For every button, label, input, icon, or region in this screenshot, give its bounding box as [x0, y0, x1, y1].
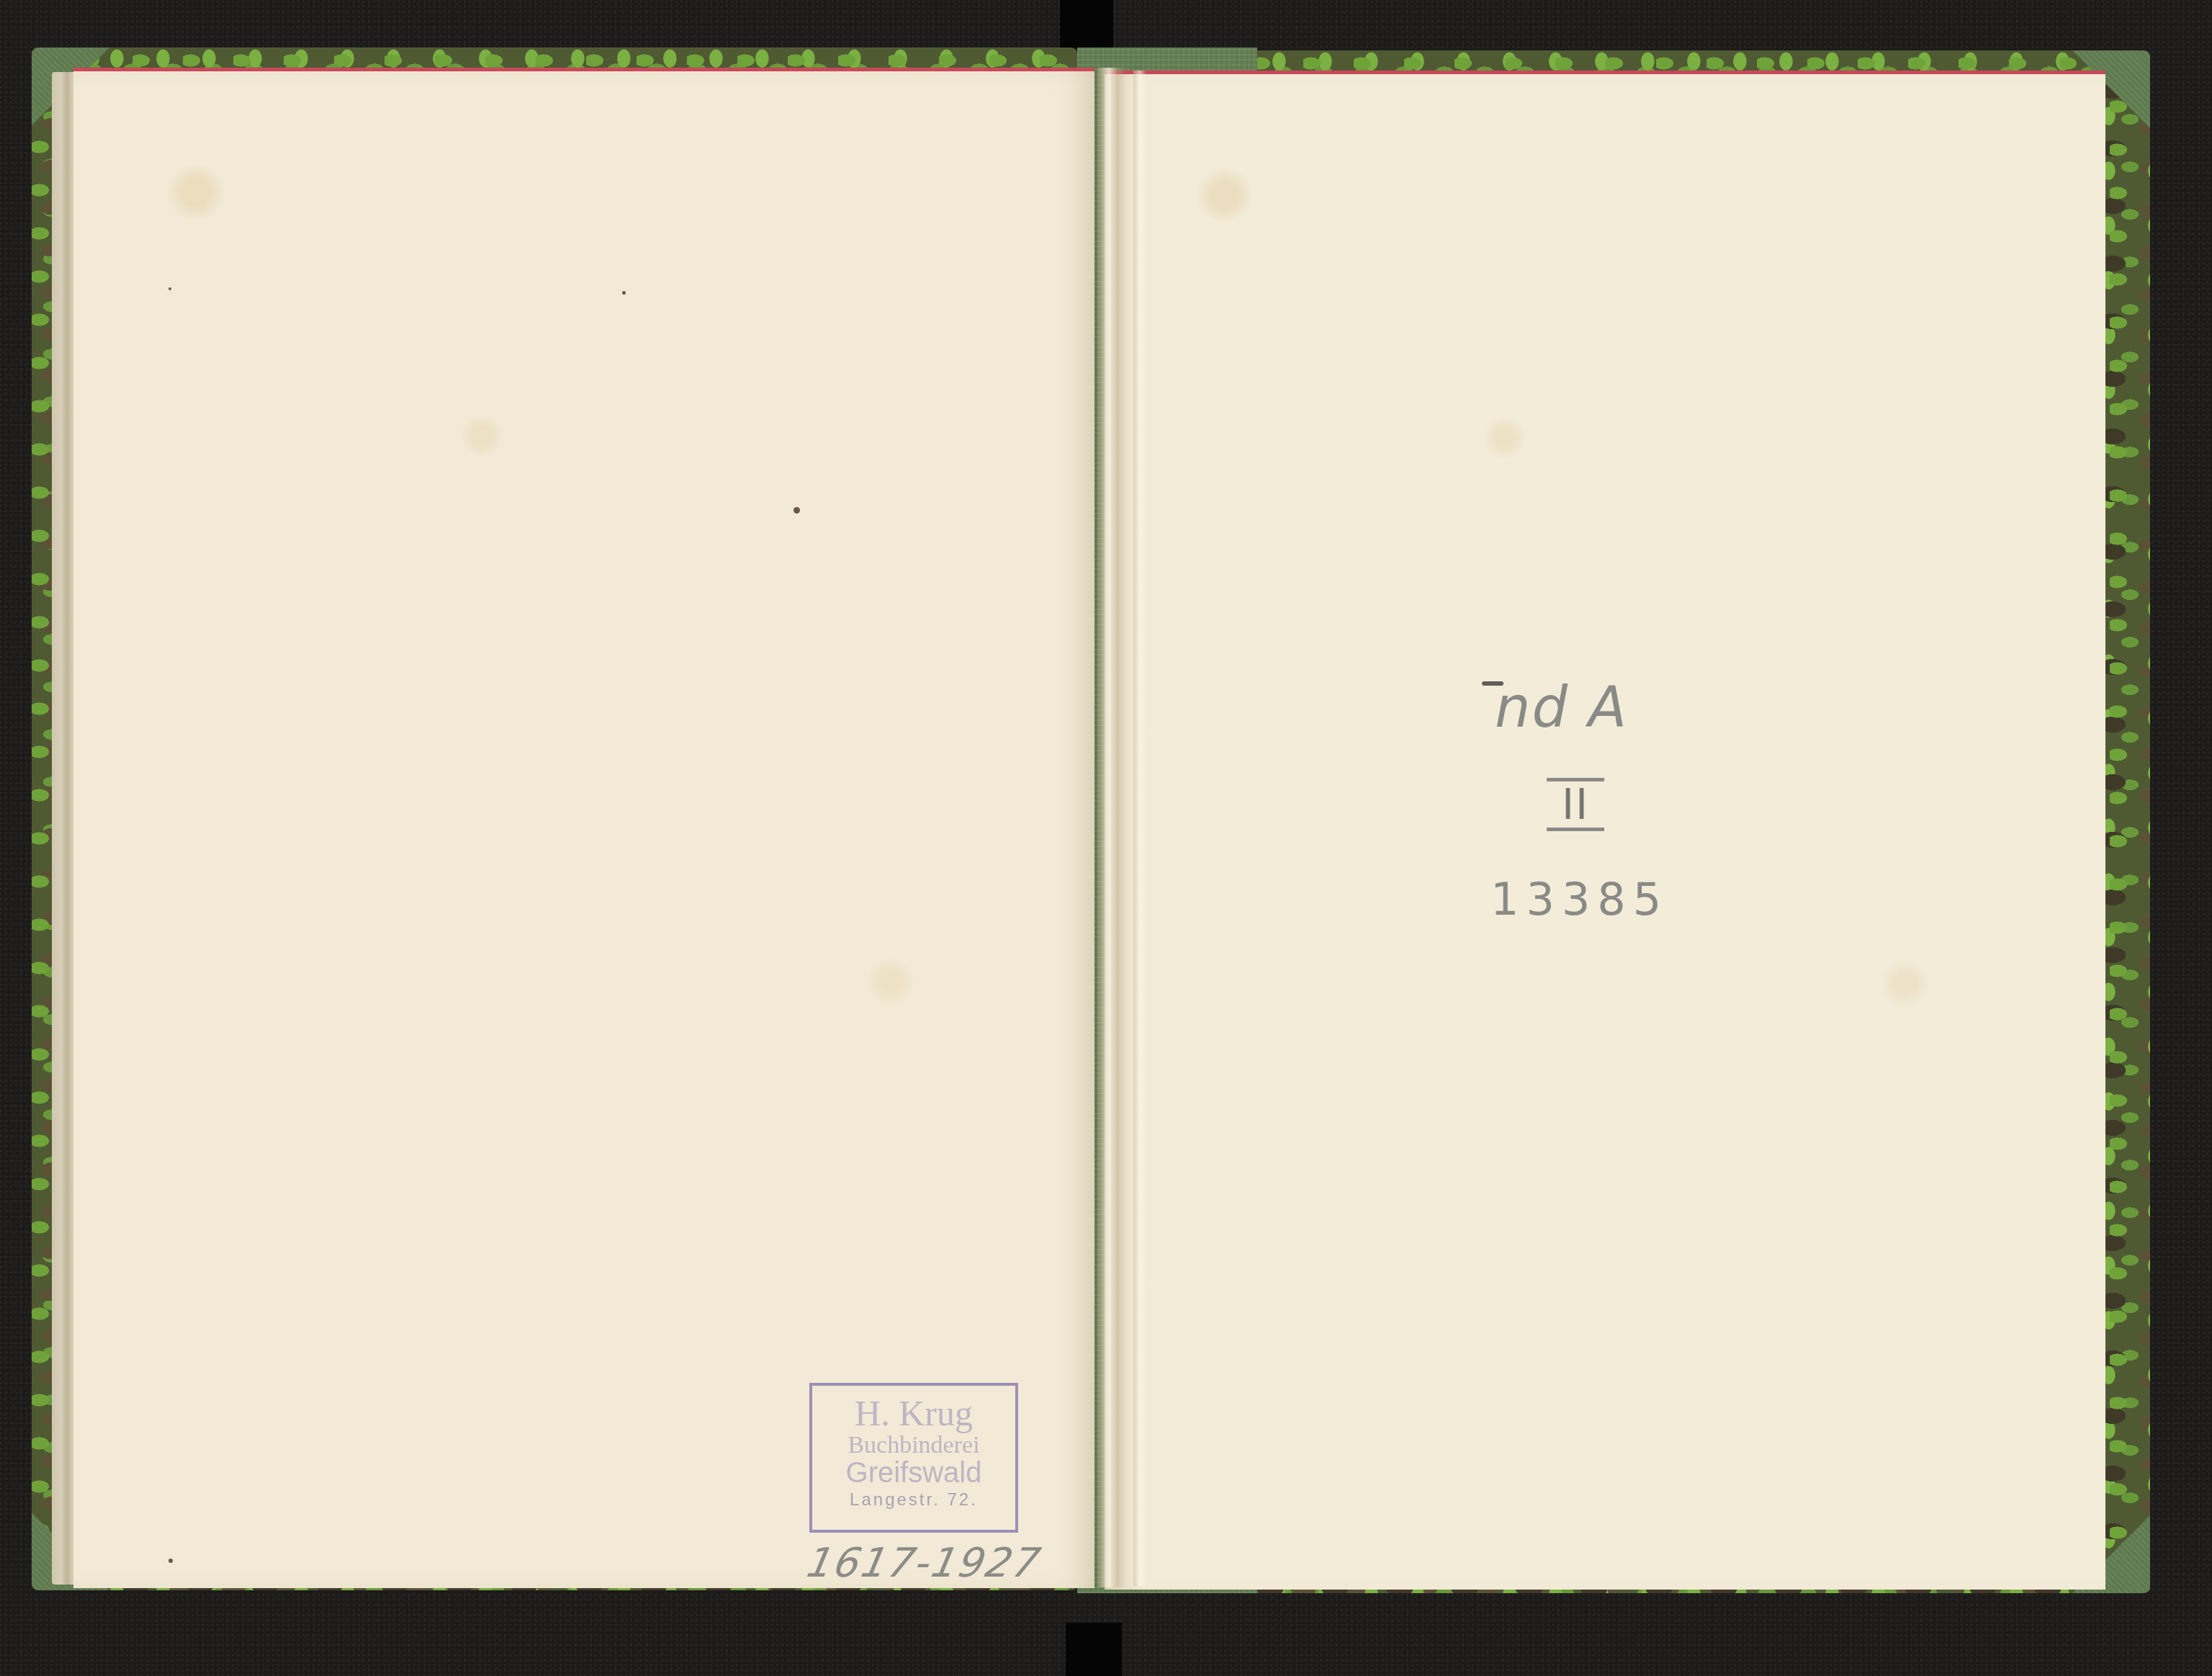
left-endpaper — [73, 68, 1094, 1588]
stamp-address: Langestr. 72. — [812, 1491, 1015, 1509]
paper-speck — [168, 287, 171, 290]
gutter-fold — [1097, 68, 1126, 1587]
pencil-accession-number: 13385 — [1491, 873, 1668, 926]
right-flyleaf — [1105, 71, 2105, 1590]
paper-speck — [622, 291, 626, 295]
paper-speck — [793, 507, 800, 514]
stamp-city: Greifswald — [812, 1458, 1015, 1488]
paper-speck — [168, 1559, 173, 1563]
stamp-trade: Buchbinderei — [812, 1433, 1015, 1458]
stamp-name: H. Krug — [812, 1394, 1015, 1433]
pencil-shelf-mark: nd A — [1482, 676, 1628, 740]
hinge-fold — [1133, 71, 1146, 1586]
pencil-volume-number: II — [1547, 778, 1604, 831]
pencil-dash — [1482, 681, 1503, 686]
pencil-date-range: 1617-1927 — [803, 1540, 1046, 1587]
spine-support-bottom — [1066, 1623, 1122, 1676]
bookbinder-stamp: H. Krug Buchbinderei Greifswald Langestr… — [809, 1383, 1018, 1533]
